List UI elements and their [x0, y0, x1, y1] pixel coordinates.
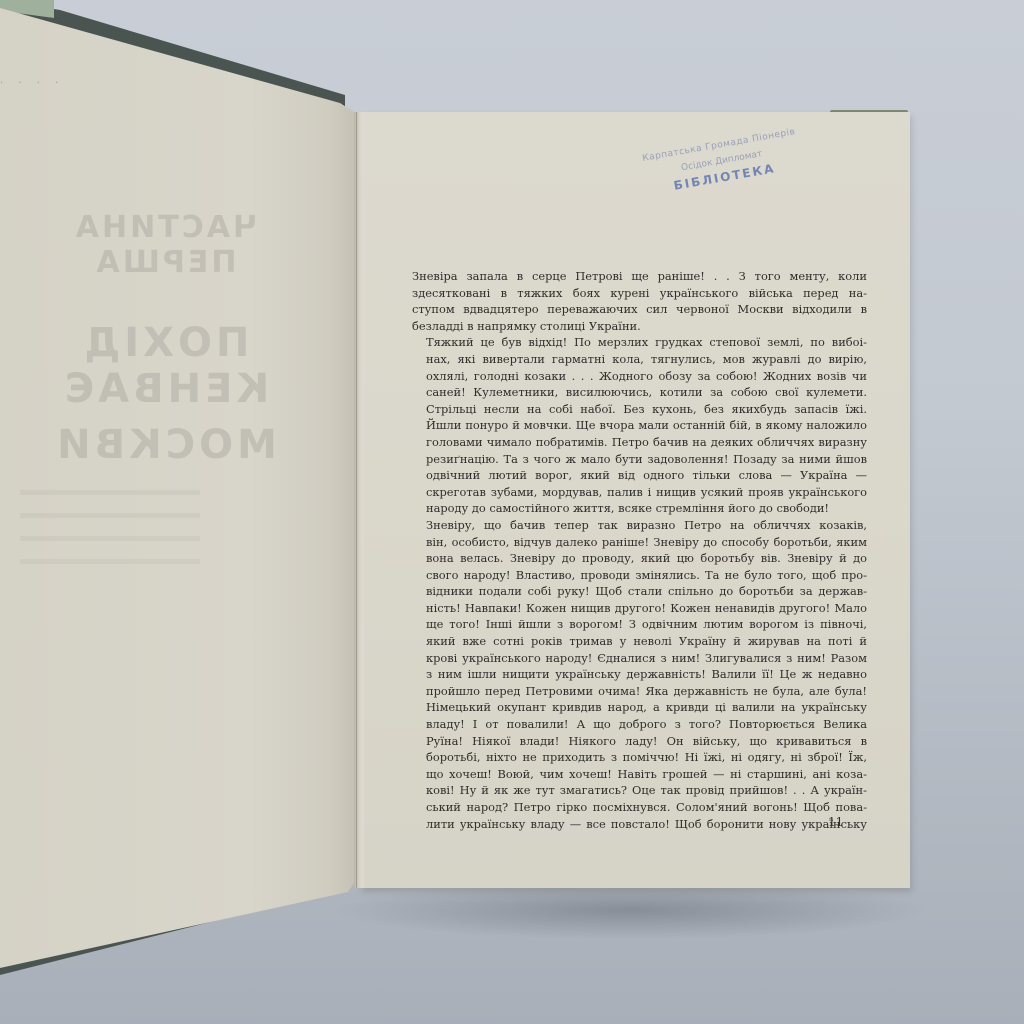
text-line: безладді в напрямку столиці України.	[412, 318, 867, 335]
paragraph: Зневіра запала в серце Петрові ще раніше…	[412, 268, 867, 334]
text-line: Тяжкий це був відхід! По мерзлих грудках…	[412, 334, 867, 351]
text-line: крові українського народу! Єдналися з ни…	[412, 650, 867, 667]
text-line: охлялі, голодні козаки . . . Жодного обо…	[412, 368, 867, 385]
show-through-line: ПОХІД КЕНВАЄ	[0, 320, 330, 412]
book-spine-fold	[356, 112, 357, 888]
page-number: 11	[828, 815, 843, 829]
show-through-line: МОСКВИ	[0, 422, 330, 468]
text-line: здесятковані в тяжких боях курені україн…	[412, 285, 867, 302]
table-shadow	[330, 880, 930, 940]
text-line: Німецький окупант кривдив народ, а кривд…	[412, 699, 867, 716]
text-line: ський народ? Петро гірко посміхнувся. Со…	[412, 799, 867, 816]
text-line: лити українську владу — все повстало! Що…	[412, 816, 867, 833]
text-line: Зневіру, що бачив тепер так виразно Петр…	[412, 517, 867, 534]
text-line: саней! Кулеметники, висилюючись, котили …	[412, 384, 867, 401]
text-line: головами чимало побратимів. Петро бачив …	[412, 434, 867, 451]
text-line: який вже сотні років тримав у неволі Укр…	[412, 633, 867, 650]
text-line: народу до самостійного життя, всяке стре…	[412, 500, 867, 517]
show-through-title: ЧАСТИНА ПЕРША ПОХІД КЕНВАЄ МОСКВИ	[0, 190, 330, 440]
text-line: з ним ішли нищити українську державність…	[412, 666, 867, 683]
text-line: нах, які вивертали гарматні кола, тягнул…	[412, 351, 867, 368]
text-line: свого народу! Властиво, проводи змінялис…	[412, 567, 867, 584]
paper-specks: · · · ·	[0, 78, 64, 89]
paragraph: Зневіру, що бачив тепер так виразно Петр…	[412, 517, 867, 832]
text-line: він, особисто, відчув далеко раніше! Зне…	[412, 534, 867, 551]
text-line: Стрільці несли на собі набої. Без кухонь…	[412, 401, 867, 418]
text-line: Йшли понуро й мовчки. Ще вчора мали оста…	[412, 417, 867, 434]
text-line: Руїна! Ніякої влади! Ніякого ладу! Он ві…	[412, 733, 867, 750]
page-body-text: Зневіра запала в серце Петрові ще раніше…	[412, 268, 867, 832]
text-line: владу! І от повалили! А що доброго з тог…	[412, 716, 867, 733]
text-line: ступом вдвадцятеро переважаючих сил черв…	[412, 301, 867, 318]
text-line: ність! Навпаки! Кожен нищив другого! Кож…	[412, 600, 867, 617]
text-line: ще того! Інші йшли з ворогом! З одвічним…	[412, 616, 867, 633]
text-line: Зневіра запала в серце Петрові ще раніше…	[412, 268, 867, 285]
text-line: боротьбі, ніхто не приходить з поміччю! …	[412, 749, 867, 766]
text-line: відники подали собі руку! Щоб стали спіл…	[412, 583, 867, 600]
text-line: що хочеш! Воюй, чим хочеш! Навіть грошей…	[412, 766, 867, 783]
text-line: вона велась. Зневіру до проводу, який цю…	[412, 550, 867, 567]
text-line: пройшло перед Петровими очима! Яка держа…	[412, 683, 867, 700]
text-line: кові! Ну й як же тут змагатись? Оце так …	[412, 782, 867, 799]
text-line: одвічний лютий ворог, який від одного ті…	[412, 467, 867, 484]
show-through-text-lines	[20, 490, 200, 582]
show-through-line: ЧАСТИНА ПЕРША	[0, 210, 330, 280]
text-line: скреготав зубами, мордував, палив і нищи…	[412, 484, 867, 501]
left-page: · · · · ЧАСТИНА ПЕРША ПОХІД КЕНВАЄ МОСКВ…	[0, 0, 358, 980]
paragraph: Тяжкий це був відхід! По мерзлих грудках…	[412, 334, 867, 517]
text-line: резиґнацію. Та з чого ж мало бути задово…	[412, 451, 867, 468]
